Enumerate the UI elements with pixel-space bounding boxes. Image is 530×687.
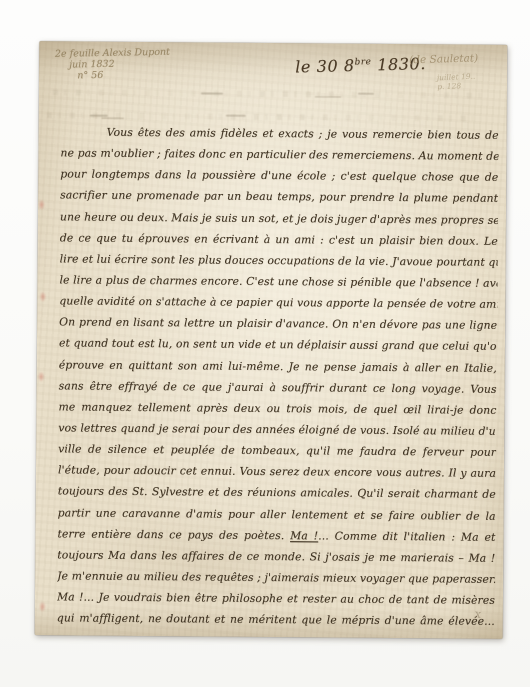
date-superscript: bre (354, 57, 371, 67)
red-margin-mark (39, 291, 46, 302)
letter-sheet: 2e feuille Alexis Dupont juin 1832 n° 56… (35, 41, 508, 639)
erased-line (53, 87, 489, 100)
letter-body: Vous êtes des amis fidèles et exacts ; j… (57, 125, 499, 636)
red-margin-mark (38, 199, 45, 210)
red-margin-mark (39, 601, 46, 612)
letter-line: qui m'affligent, ne doutant et ne mérite… (57, 612, 495, 637)
pencil-note-line: n° 56 (55, 69, 170, 82)
date-line: le 30 8bre 1830. (295, 54, 426, 77)
attribution-note: (de Sauletat) (409, 52, 478, 66)
photo-of-letter: { "colors": { "background": "#fbfbfa", "… (0, 0, 530, 687)
side-pencil-note: juillet 19.. p. 128 (437, 72, 476, 92)
archival-pencil-note: 2e feuille Alexis Dupont juin 1832 n° 56 (55, 47, 171, 82)
date-text: le 30 8 (295, 56, 355, 77)
red-margin-mark (38, 371, 45, 382)
erased-line (47, 110, 473, 123)
